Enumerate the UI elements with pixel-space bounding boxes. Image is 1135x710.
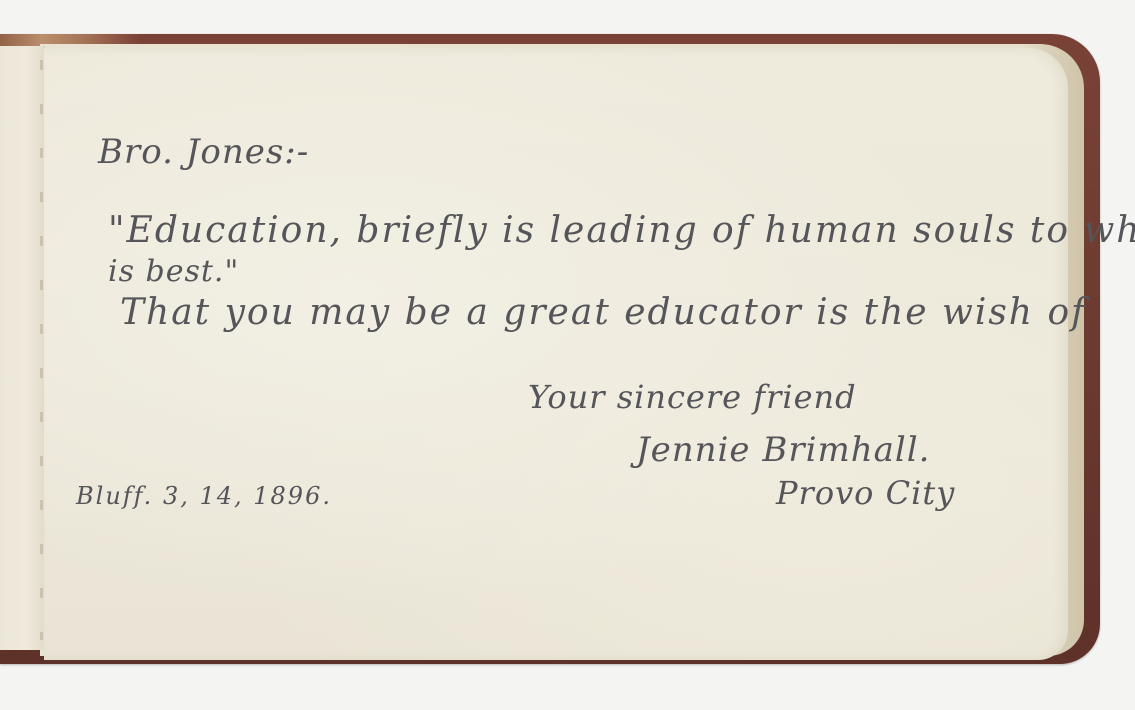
signature: Jennie Brimhall. [636,430,930,470]
album-photo: Bro. Jones:- "Education, briefly is lead… [0,0,1135,710]
binding-stitches [40,60,43,640]
dateline: Bluff. 3, 14, 1896. [76,482,332,510]
previous-leaf [0,46,45,650]
salutation: Bro. Jones:- [98,132,309,172]
closing: Your sincere friend [528,378,857,416]
wish-line: That you may be a great educator is the … [120,292,1086,333]
quote-line-2: is best." [108,254,239,289]
place: Provo City [776,474,955,512]
quote-line-1: "Education, briefly is leading of human … [108,210,1135,251]
